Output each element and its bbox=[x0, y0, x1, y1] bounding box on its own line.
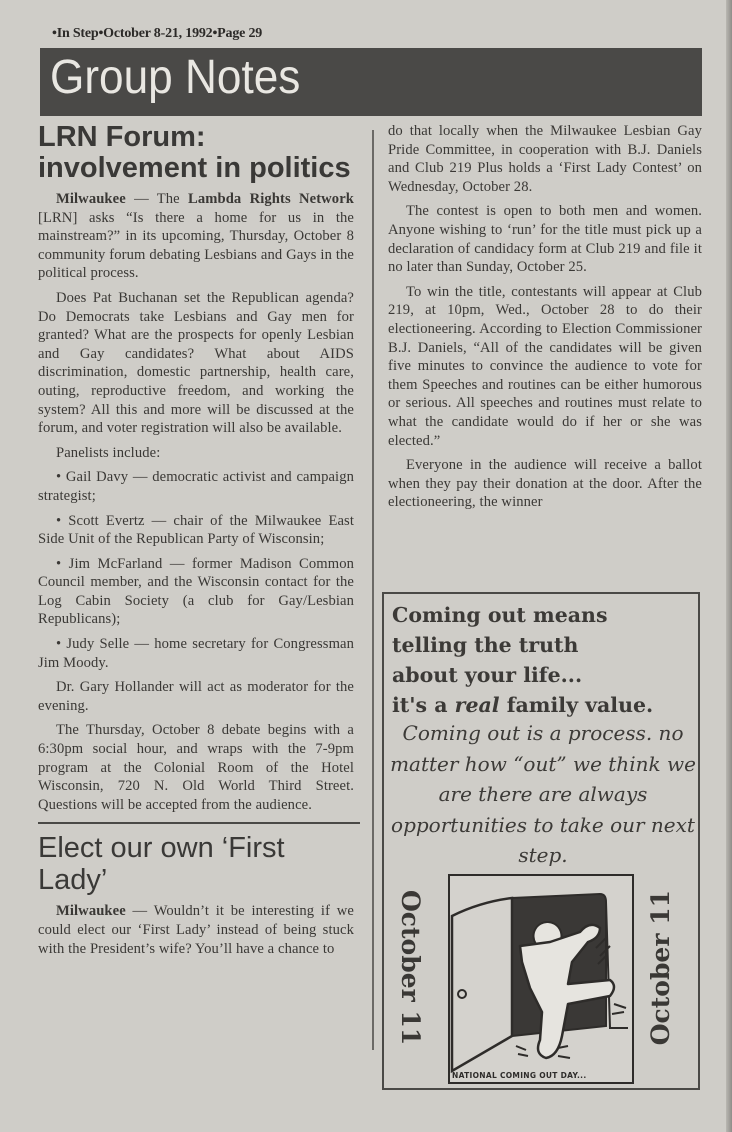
schedule-paragraph: The Thursday, October 8 debate begins wi… bbox=[38, 721, 354, 814]
ad-text: it's a bbox=[392, 693, 455, 717]
org-name: Lambda Rights Network bbox=[188, 191, 354, 207]
ad-line: about your life... bbox=[392, 660, 698, 690]
article2-paragraph-4: Everyone in the audience will receive a … bbox=[388, 456, 702, 512]
panelist-item: • Scott Evertz — chair of the Milwaukee … bbox=[38, 512, 354, 549]
ad-date-left: October 11 bbox=[396, 890, 425, 1045]
door-figure-icon bbox=[450, 876, 631, 1081]
ad-line: telling the truth bbox=[392, 630, 698, 660]
dash: — The bbox=[126, 191, 188, 207]
page-edge bbox=[726, 0, 732, 1132]
panelist-item: • Gail Davy — democratic activist and ca… bbox=[38, 468, 354, 505]
dateline: Milwaukee bbox=[56, 903, 126, 919]
art-caption: NATIONAL COMING OUT DAY... bbox=[452, 1071, 586, 1080]
moderator-paragraph: Dr. Gary Hollander will act as moderator… bbox=[38, 678, 354, 715]
article-divider bbox=[38, 822, 360, 824]
page-folio: •In Step•October 8-21, 1992•Page 29 bbox=[52, 26, 262, 42]
panelists-intro: Panelists include: bbox=[38, 444, 354, 463]
section-title: Group Notes bbox=[50, 50, 300, 105]
door-figure-illustration-icon: NATIONAL COMING OUT DAY... bbox=[448, 874, 634, 1084]
section-banner: Group Notes bbox=[40, 48, 702, 116]
article1-headline: LRN Forum: involvement in politics bbox=[38, 122, 354, 184]
right-column: do that locally when the Milwaukee Lesbi… bbox=[388, 122, 702, 518]
article2-headline: Elect our own ‘First Lady’ bbox=[38, 832, 354, 896]
coming-out-day-ad: Coming out means telling the truth about… bbox=[382, 592, 700, 1090]
ad-headline: Coming out means telling the truth about… bbox=[392, 600, 698, 720]
panelist-item: • Jim McFarland — former Madison Common … bbox=[38, 555, 354, 629]
ad-emphasis: real bbox=[455, 693, 500, 717]
ad-italic-text: Coming out is a process. no matter how “… bbox=[390, 718, 696, 871]
ad-line: Coming out means bbox=[392, 600, 698, 630]
ad-text: family value. bbox=[500, 693, 654, 717]
dateline: Milwaukee bbox=[56, 191, 126, 207]
article2-paragraph-2: The contest is open to both men and wome… bbox=[388, 202, 702, 276]
left-column: LRN Forum: involvement in politics Milwa… bbox=[38, 122, 354, 964]
lead-text: [LRN] asks “Is there a home for us in th… bbox=[38, 210, 354, 282]
article1-lead: Milwaukee — The Lambda Rights Network [L… bbox=[38, 190, 354, 283]
article2-continued: do that locally when the Milwaukee Lesbi… bbox=[388, 122, 702, 196]
article2-lead: Milwaukee — Wouldn’t it be interesting i… bbox=[38, 902, 354, 958]
article2-paragraph-3: To win the title, contestants will appea… bbox=[388, 283, 702, 450]
panelist-item: • Judy Selle — home secretary for Congre… bbox=[38, 635, 354, 672]
ad-date-right: October 11 bbox=[646, 890, 675, 1045]
ad-line: it's a real family value. bbox=[392, 690, 698, 720]
article1-paragraph-2: Does Pat Buchanan set the Republican age… bbox=[38, 289, 354, 438]
column-rule bbox=[372, 130, 374, 1050]
